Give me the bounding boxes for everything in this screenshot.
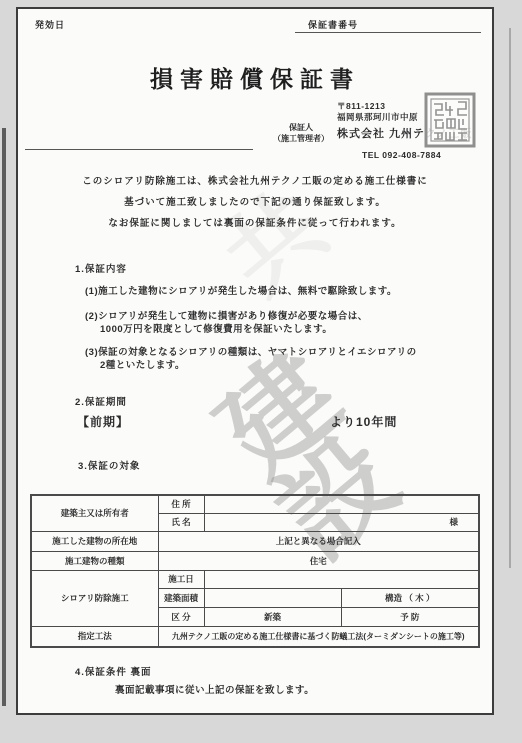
section-2-heading: 2.保証期間 [75, 394, 127, 408]
location-value-cell: 上記と異なる場合記入 [158, 531, 479, 551]
termite-work-label-cell: シロアリ防除施工 [31, 570, 158, 626]
guarantor-label: 保証人 [266, 122, 336, 133]
building-area-value-cell [204, 588, 341, 607]
guarantee-item-2: (2)シロアリが発生して建物に損害があり修復が必要な場合は、 1000万円を限度… [85, 310, 368, 336]
owner-label-cell: 建築主又は所有者 [31, 495, 158, 531]
name-label-cell: 氏 名 [158, 513, 204, 531]
watermark-character: 建 [179, 310, 368, 505]
guarantor-role: 保証人 （施工管理者） [266, 122, 336, 144]
guarantee-item-3-line-2: 2種といたします。 [100, 359, 417, 372]
intro-line-1: このシロアリ防除施工は、株式会社九州テクノ工販の定める施工仕様書に [18, 171, 492, 192]
scan-edge-shadow-left [2, 128, 6, 706]
building-type-label-cell: 施工建物の種類 [31, 551, 158, 570]
guarantee-item-2-line-2: 1000万円を限度として修復費用を保証いたします。 [100, 323, 368, 336]
intro-line-3: なお保証に関しましては裏面の保証条件に従って行われます。 [18, 213, 492, 234]
document-title: 損害賠償保証書 [18, 61, 492, 94]
location-label-cell: 施工した建物の所在地 [31, 531, 158, 551]
guarantee-item-3-line-1: (3)保証の対象となるシロアリの種類は、ヤマトシロアリとイエシロアリの [85, 346, 417, 359]
category-new-cell: 新築 [204, 607, 341, 626]
guarantee-item-3: (3)保証の対象となるシロアリの種類は、ヤマトシロアリとイエシロアリの 2種とい… [85, 346, 417, 372]
table-row: シロアリ防除施工 施工日 [31, 570, 479, 588]
guarantee-target-table: 建築主又は所有者 住 所 氏 名 様 施工した建物の所在地 上記と異なる場合記入… [30, 494, 480, 648]
work-date-value-cell [204, 570, 479, 588]
scan-edge-shadow-right [509, 28, 511, 568]
guarantee-period-suffix: より10年間 [330, 413, 397, 430]
issuer-company-name: 株式会社 九州テクノ工販 [337, 125, 472, 141]
section-4-heading: 4.保証条件 裏面 [75, 664, 152, 678]
category-prevention-cell: 予 防 [341, 607, 479, 626]
guarantee-period-prefix: 【前期】 [77, 413, 129, 430]
certificate-page: 共 建 設 発効日 保証書番号 損害賠償保証書 〒811-1213 福岡県那珂川… [16, 7, 494, 715]
issuer-address: 福岡県那珂川市中原 [337, 111, 418, 123]
cert-number-label: 保証書番号 [308, 18, 358, 31]
name-value-cell: 様 [204, 513, 479, 531]
category-label-cell: 区 分 [158, 607, 204, 626]
guarantee-item-2-line-1: (2)シロアリが発生して建物に損害があり修復が必要な場合は、 [85, 310, 368, 323]
section-4-note: 裏面記載事項に従い上記の保証を致します。 [115, 684, 314, 697]
intro-line-2: 基づいて施工致しましたので下記の通り保証致します。 [18, 192, 492, 213]
table-row: 建築主又は所有者 住 所 [31, 495, 479, 513]
structure-value-cell: 構造 （ 木 ） [341, 588, 479, 607]
address-label-cell: 住 所 [158, 495, 204, 513]
work-date-label-cell: 施工日 [158, 570, 204, 588]
company-seal-stamp-icon [424, 92, 476, 153]
building-type-value-cell: 住宅 [158, 551, 479, 570]
section-3-heading: 3.保証の対象 [78, 458, 140, 472]
section-1-heading: 1.保証内容 [75, 261, 127, 275]
address-value-cell [204, 495, 479, 513]
scanned-document-image: 共 建 設 発効日 保証書番号 損害賠償保証書 〒811-1213 福岡県那珂川… [0, 0, 522, 743]
issuer-tel: TEL 092-408-7884 [362, 150, 441, 160]
addressee-blank-line [25, 148, 253, 150]
guarantee-item-1: (1)施工した建物にシロアリが発生した場合は、無料で駆除致します。 [85, 285, 397, 298]
table-row: 施工建物の種類 住宅 [31, 551, 479, 570]
table-row: 施工した建物の所在地 上記と異なる場合記入 [31, 531, 479, 551]
intro-paragraph: このシロアリ防除施工は、株式会社九州テクノ工販の定める施工仕様書に 基づいて施工… [18, 171, 492, 234]
building-area-label-cell: 建築面積 [158, 588, 204, 607]
cert-number-blank-line [295, 31, 481, 33]
guarantor-sub-label: （施工管理者） [266, 133, 336, 144]
method-label-cell: 指定工法 [31, 626, 158, 647]
table-row: 指定工法 九州テクノ工販の定める施工仕様書に基づく防蟻工法(ターミダンシートの施… [31, 626, 479, 647]
issue-date-label: 発効日 [35, 18, 65, 31]
method-value-cell: 九州テクノ工販の定める施工仕様書に基づく防蟻工法(ターミダンシートの施工等) [158, 626, 479, 647]
